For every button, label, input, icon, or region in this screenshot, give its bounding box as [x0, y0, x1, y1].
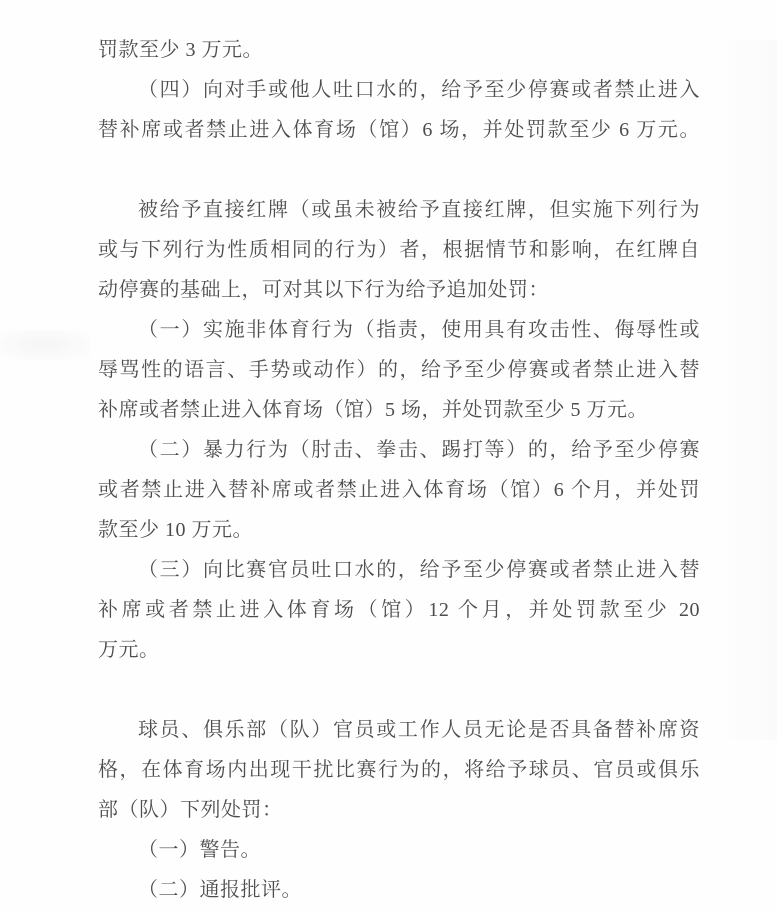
- text-line: 被给予直接红牌（或虽未被给予直接红牌，但实施下列行为: [98, 190, 700, 230]
- text-line: （四）向对手或他人吐口水的，给予至少停赛或者禁止进入: [98, 70, 700, 110]
- text-line: （二）暴力行为（肘击、拳击、踢打等）的，给予至少停赛: [98, 430, 700, 470]
- text-line: 动停赛的基础上，可对其以下行为给予追加处罚：: [98, 270, 700, 310]
- text-line: 替补席或者禁止进入体育场（馆）6 场，并处罚款至少 6 万元。: [98, 110, 700, 150]
- text-line: 或与下列行为性质相同的行为）者，根据情节和影响，在红牌自: [98, 230, 700, 270]
- text-line: 或者禁止进入替补席或者禁止进入体育场（馆）6 个月，并处罚: [98, 470, 700, 510]
- text-line: 部（队）下列处罚：: [98, 790, 700, 830]
- text-line: 格，在体育场内出现干扰比赛行为的，将给予球员、官员或俱乐: [98, 750, 700, 790]
- text-line: （三）向比赛官员吐口水的，给予至少停赛或者禁止进入替: [98, 550, 700, 590]
- text-line: 补席或者禁止进入体育场（馆）5 场，并处罚款至少 5 万元。: [98, 390, 700, 430]
- scan-artifact: [0, 330, 90, 360]
- text-line: 款至少 10 万元。: [98, 510, 700, 550]
- article-55-heading: 第五十五条干扰比赛: [98, 670, 700, 710]
- text-line: 球员、俱乐部（队）官员或工作人员无论是否具备替补席资: [98, 710, 700, 750]
- text-line: 罚款至少 3 万元。: [98, 30, 700, 70]
- text-line: （二）通报批评。: [98, 870, 700, 910]
- article-54-heading: 第五十四条对比赛官员实施不当行为: [98, 150, 700, 190]
- text-line: （一）实施非体育行为（指责，使用具有攻击性、侮辱性或: [98, 310, 700, 350]
- scan-artifact: [717, 40, 777, 740]
- text-line: 万元。: [98, 630, 700, 670]
- text-line: 补席或者禁止进入体育场（馆）12 个月，并处罚款至少 20: [98, 590, 700, 630]
- text-line: 辱骂性的语言、手势或动作）的，给予至少停赛或者禁止进入替: [98, 350, 700, 390]
- document-page: 罚款至少 3 万元。 （四）向对手或他人吐口水的，给予至少停赛或者禁止进入 替补…: [0, 0, 777, 912]
- document-text-block: 罚款至少 3 万元。 （四）向对手或他人吐口水的，给予至少停赛或者禁止进入 替补…: [98, 30, 700, 910]
- text-line: （一）警告。: [98, 830, 700, 870]
